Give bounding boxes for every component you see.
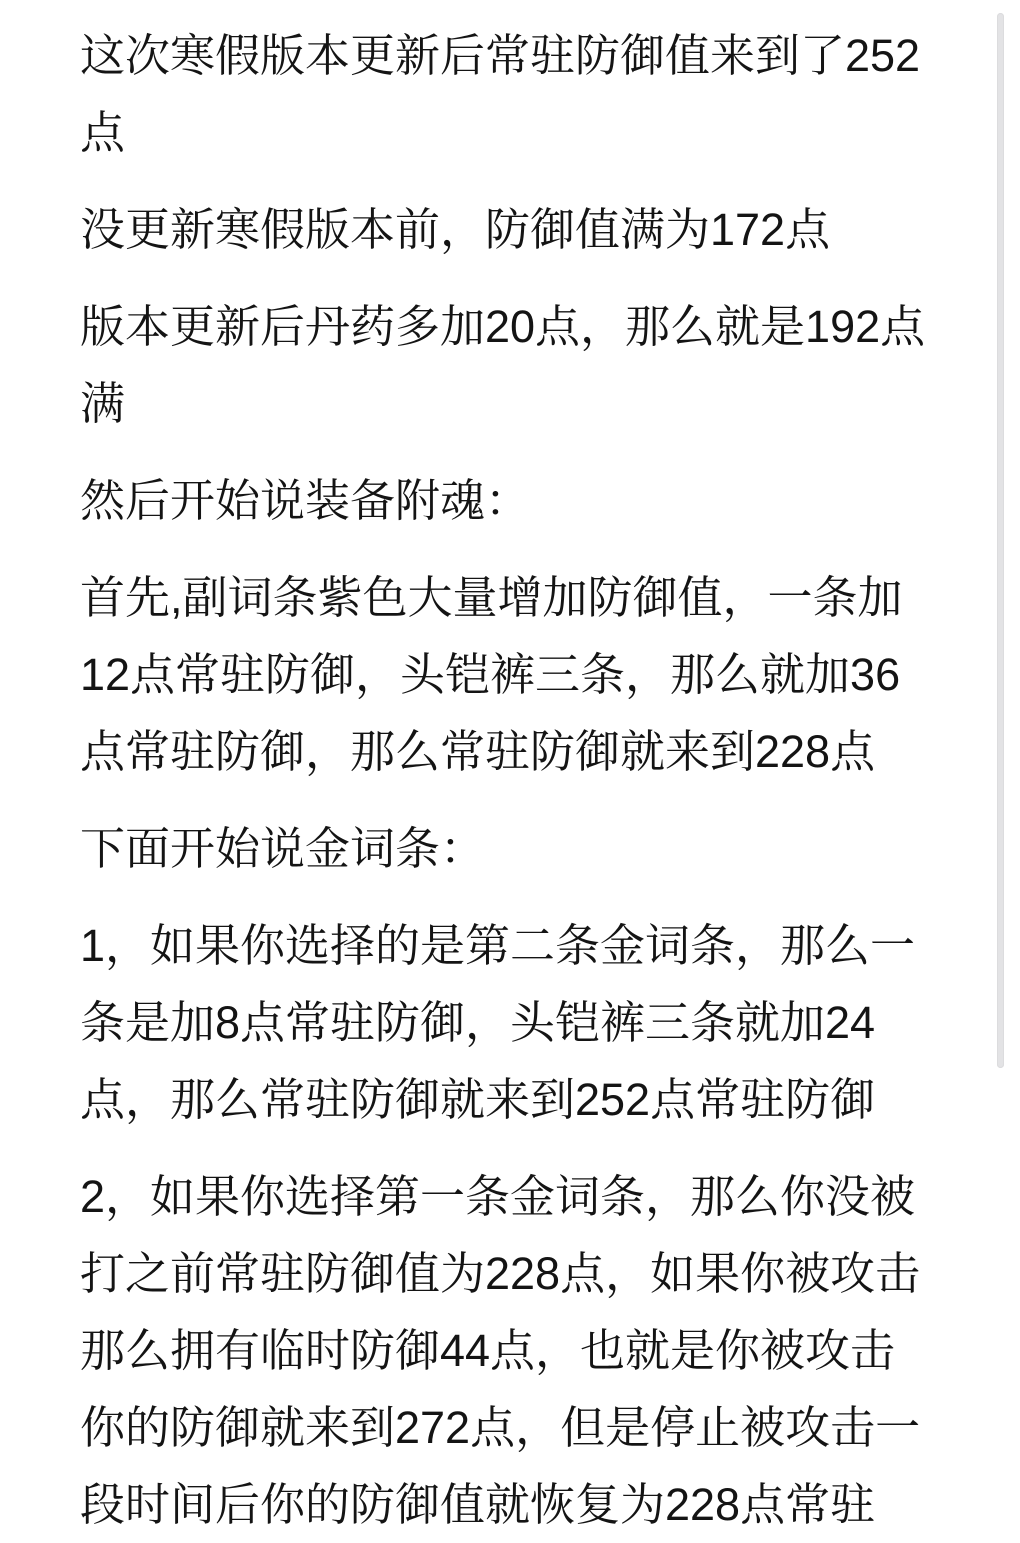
paragraph-gold-stat-heading: 下面开始说金词条： xyxy=(80,810,980,887)
scrollbar-track xyxy=(996,0,1020,1543)
paragraph-gold-stat-1-272: 2，如果你选择第一条金词条，那么你没被 打之前常驻防御值为228点，如果你被攻击… xyxy=(80,1158,980,1543)
document-body: 这次寒假版本更新后常驻防御值来到了252 点 没更新寒假版本前，防御值满为172… xyxy=(80,17,980,1543)
scrollbar-thumb[interactable] xyxy=(997,13,1004,1068)
paragraph-pills-192: 版本更新后丹药多加20点，那么就是192点 满 xyxy=(80,288,980,442)
paragraph-purple-substat-228: 首先,副词条紫色大量增加防御值，一条加 12点常驻防御，头铠裤三条，那么就加36… xyxy=(80,559,980,790)
paragraph-gold-stat-2-252: 1，如果你选择的是第二条金词条，那么一 条是加8点常驻防御，头铠裤三条就加24 … xyxy=(80,907,980,1138)
paragraph-defense-252: 这次寒假版本更新后常驻防御值来到了252 点 xyxy=(80,17,980,171)
paragraph-before-update-172: 没更新寒假版本前，防御值满为172点 xyxy=(80,191,980,268)
paragraph-equip-soul-heading: 然后开始说装备附魂： xyxy=(80,462,980,539)
text-document-view: 这次寒假版本更新后常驻防御值来到了252 点 没更新寒假版本前，防御值满为172… xyxy=(0,0,1020,1543)
